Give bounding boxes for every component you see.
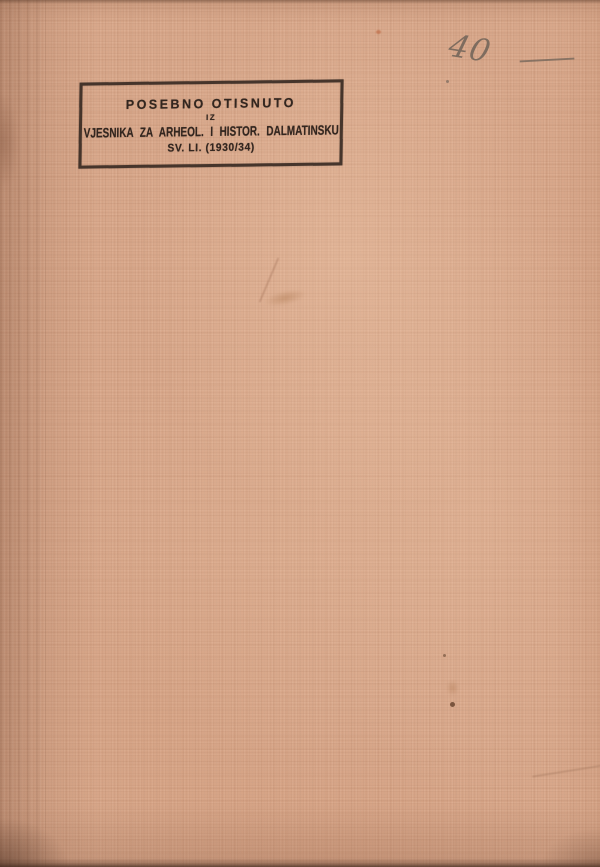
bottom-left-corner-shadow bbox=[0, 817, 70, 867]
handwritten-price-dash: — bbox=[476, 40, 600, 77]
spine-dent-shadow bbox=[0, 96, 18, 188]
bottom-right-corner-shadow bbox=[540, 827, 600, 867]
top-edge-shadow bbox=[0, 0, 600, 4]
pencil-dot bbox=[446, 80, 449, 83]
stamp-iz-line: IZ bbox=[206, 113, 216, 120]
bottom-edge-shadow bbox=[0, 858, 600, 867]
stamp-journal-line: VJESNIKA ZA ARHEOL. I HISTOR. DALMATINSK… bbox=[83, 122, 338, 140]
stain-speck-lower-a bbox=[443, 654, 446, 657]
stain-smudge-lower bbox=[446, 680, 459, 696]
stamp-title-line: POSEBNO OTISNUTO bbox=[126, 94, 296, 111]
book-spine-creases bbox=[0, 0, 46, 867]
offprint-stamp-box: POSEBNO OTISNUTO IZ VJESNIKA ZA ARHEOL. … bbox=[78, 79, 343, 168]
stain-dot-lower bbox=[450, 702, 455, 707]
book-cover-photo: POSEBNO OTISNUTO IZ VJESNIKA ZA ARHEOL. … bbox=[0, 0, 600, 867]
scratch-bottom-right bbox=[532, 764, 600, 777]
stamp-volume-line: SV. LI. (1930/34) bbox=[167, 141, 255, 154]
stain-speck-top bbox=[376, 30, 381, 34]
stain-center bbox=[263, 287, 307, 309]
